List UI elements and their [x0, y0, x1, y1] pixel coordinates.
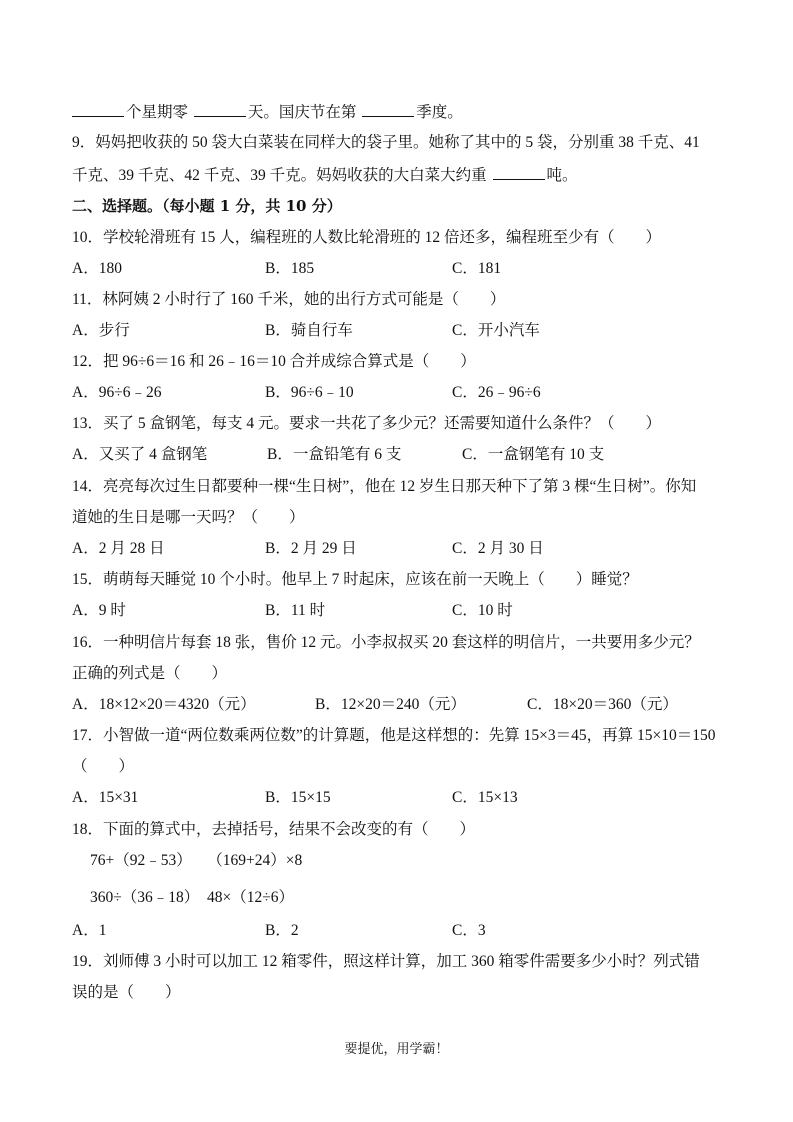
expression-row-1: 76+（92﹣53） （169+24）×8: [90, 851, 743, 871]
option-c[interactable]: C．15×13: [452, 788, 518, 808]
option-a[interactable]: A．9 时: [72, 601, 126, 621]
option-c[interactable]: C．3: [452, 921, 486, 941]
q9-unit: 吨。: [547, 167, 578, 184]
option-c[interactable]: C．18×20＝360（元）: [527, 695, 678, 715]
options-11: A．步行 B．骑自行车 C．开小汽车: [72, 321, 743, 341]
option-a[interactable]: A．18×12×20＝4320（元）: [72, 695, 256, 715]
option-c[interactable]: C．26﹣96÷6: [452, 383, 541, 403]
options-15: A．9 时 B．11 时 C．10 时: [72, 601, 743, 621]
answer-blank[interactable]: [72, 102, 124, 117]
option-c[interactable]: C．2 月 30 日: [452, 539, 544, 559]
question-17-line-2: （ ）: [72, 757, 743, 777]
option-a[interactable]: A．96÷6﹣26: [72, 383, 161, 403]
options-10: A．180 B．185 C．181: [72, 259, 743, 279]
options-14: A．2 月 28 日 B．2 月 29 日 C．2 月 30 日: [72, 539, 743, 559]
answer-blank[interactable]: [194, 102, 246, 117]
options-17: A．15×31 B．15×15 C．15×13: [72, 788, 743, 808]
option-b[interactable]: B．12×20＝240（元）: [315, 695, 466, 715]
option-a[interactable]: A．步行: [72, 321, 130, 341]
option-a[interactable]: A．180: [72, 259, 122, 279]
option-b[interactable]: B．骑自行车: [265, 321, 353, 341]
q8-continuation: 个星期零 天。国庆节在第 季度。: [72, 102, 743, 122]
options-18: A．1 B．2 C．3: [72, 921, 743, 941]
q9-line-1: 9．妈妈把收获的 50 袋大白菜装在同样大的袋子里。她称了其中的 5 袋，分别重…: [72, 133, 743, 153]
option-c[interactable]: C．一盒钢笔有 10 支: [462, 445, 604, 465]
question-19-line-1: 19．刘师傅 3 小时可以加工 12 箱零件，照这样计算，加工 360 箱零件需…: [72, 952, 743, 972]
page-footer: 要提优，用学霸！: [0, 1040, 793, 1058]
option-c[interactable]: C．开小汽车: [452, 321, 540, 341]
question-11: 11．林阿姨 2 小时行了 160 千米，她的出行方式可能是（ ）: [72, 290, 743, 310]
option-a[interactable]: A．15×31: [72, 788, 138, 808]
option-b[interactable]: B．2 月 29 日: [265, 539, 357, 559]
question-13: 13．买了 5 盒钢笔，每支 4 元。要求一共花了多少元？还需要知道什么条件？（…: [72, 414, 743, 434]
q9-text: 千克、39 千克、42 千克、39 千克。妈妈收获的大白菜大约重: [72, 167, 487, 184]
expression-row-2: 360÷（36﹣18） 48×（12÷6）: [90, 888, 743, 908]
question-19-line-2: 误的是（ ）: [72, 983, 743, 1003]
option-b[interactable]: B．15×15: [265, 788, 331, 808]
question-16-line-1: 16．一种明信片每套 18 张，售价 12 元。小李叔叔买 20 套这样的明信片…: [72, 633, 743, 653]
option-b[interactable]: B．185: [265, 259, 314, 279]
option-a[interactable]: A．又买了 4 盒钢笔: [72, 445, 207, 465]
option-a[interactable]: A．1: [72, 921, 106, 941]
question-10: 10．学校轮滑班有 15 人，编程班的人数比轮滑班的 12 倍还多，编程班至少有…: [72, 228, 743, 248]
option-a[interactable]: A．2 月 28 日: [72, 539, 165, 559]
question-16-line-2: 正确的列式是（ ）: [72, 664, 743, 684]
question-14-line-1: 14．亮亮每次过生日都要种一棵“生日树”，他在 12 岁生日那天种下了第 3 棵…: [72, 477, 743, 497]
section-title: 二、选择题。（每小题 1 分，共 10 分）: [72, 196, 743, 216]
question-14-line-2: 道她的生日是哪一天吗？（ ）: [72, 508, 743, 528]
option-b[interactable]: B．96÷6﹣10: [265, 383, 354, 403]
q8-text-3: 季度。: [416, 104, 463, 121]
question-12: 12．把 96÷6＝16 和 26﹣16＝10 合并成综合算式是（ ）: [72, 352, 743, 372]
option-c[interactable]: C．181: [452, 259, 501, 279]
option-c[interactable]: C．10 时: [452, 601, 513, 621]
exam-page: 个星期零 天。国庆节在第 季度。 9．妈妈把收获的 50 袋大白菜装在同样大的袋…: [0, 0, 793, 1122]
question-18: 18．下面的算式中，去掉括号，结果不会改变的有（ ）: [72, 820, 743, 840]
option-b[interactable]: B．11 时: [265, 601, 325, 621]
q8-text-2: 天。国庆节在第: [248, 104, 357, 121]
question-17-line-1: 17．小智做一道“两位数乘两位数”的计算题，他是这样想的：先算 15×3＝45，…: [72, 726, 743, 746]
question-15: 15．萌萌每天睡觉 10 个小时。他早上 7 时起床，应该在前一天晚上（ ）睡觉…: [72, 570, 743, 590]
options-13: A．又买了 4 盒钢笔 B．一盒铅笔有 6 支 C．一盒钢笔有 10 支: [72, 445, 743, 465]
answer-blank[interactable]: [493, 165, 545, 180]
options-16: A．18×12×20＝4320（元） B．12×20＝240（元） C．18×2…: [72, 695, 743, 715]
option-b[interactable]: B．一盒铅笔有 6 支: [267, 445, 401, 465]
q8-text-1: 个星期零: [126, 104, 188, 121]
q9-line-2: 千克、39 千克、42 千克、39 千克。妈妈收获的大白菜大约重 吨。: [72, 165, 743, 185]
options-12: A．96÷6﹣26 B．96÷6﹣10 C．26﹣96÷6: [72, 383, 743, 403]
answer-blank[interactable]: [362, 102, 414, 117]
option-b[interactable]: B．2: [265, 921, 299, 941]
